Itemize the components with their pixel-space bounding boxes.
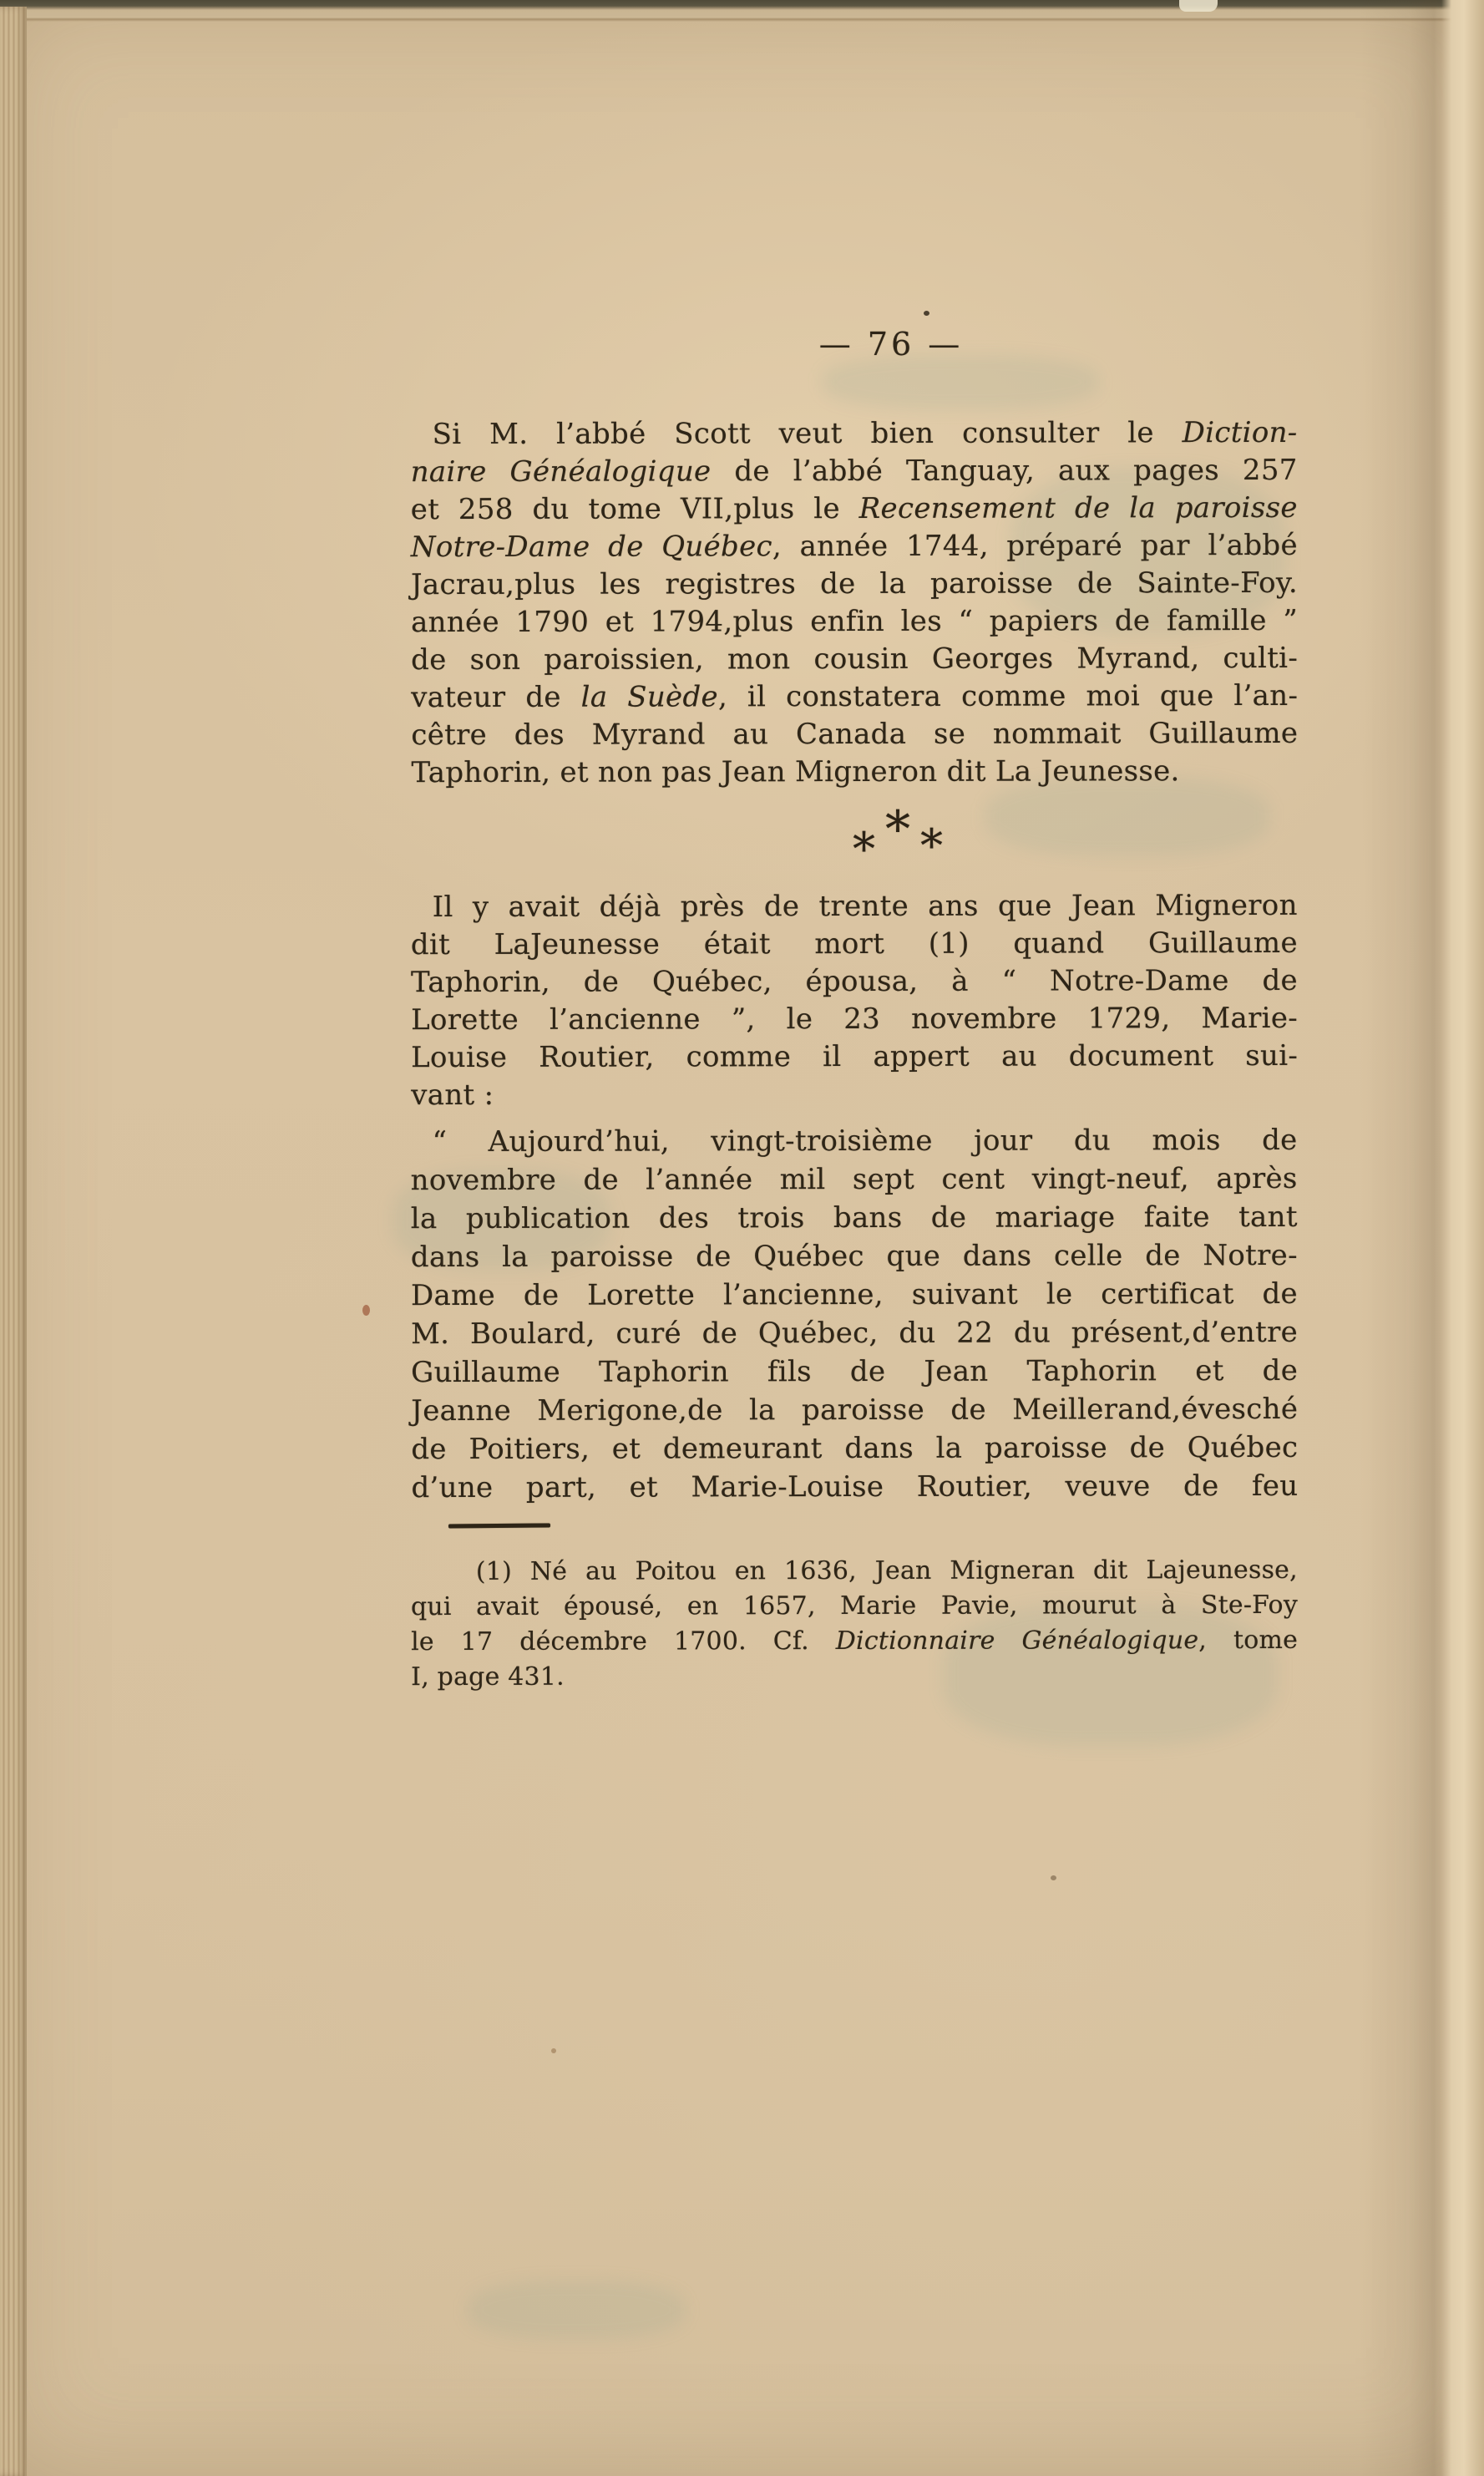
text-line: (1) Né au Poitou en 1636, Jean Migneran … [411,1553,1298,1590]
text-line: Il y avait déjà près de trente ans que J… [411,887,1298,926]
text-line: Notre-Dame de Québec, année 1744, prépar… [411,527,1298,566]
text-line: novembre de l’année mil sept cent vingt-… [411,1159,1298,1200]
footnote-rule [448,1523,550,1528]
text-line: la publication des trois bans de mariage… [411,1198,1298,1238]
verso-show-through [468,2281,685,2339]
ink-speck [924,311,929,316]
text-line: Guillaume Taphorin fils de Jean Taphorin… [411,1352,1298,1392]
paragraph-3: “ Aujourd’hui, vingt-troisième jour du m… [411,1121,1299,1507]
text-line: Jeanne Merigone,de la paroisse de Meille… [411,1390,1298,1430]
text-line: cêtre des Myrand au Canada se nommait Gu… [411,715,1298,754]
page-stack-left-edge [0,7,27,2476]
paper-stain [1051,1875,1056,1880]
text-line: Jacrau,plus les registres de la paroisse… [411,565,1298,604]
text-line: M. Boulard, curé de Québec, du 22 du pré… [411,1313,1298,1353]
book-top-edge [0,0,1484,22]
text-line: dans la paroisse de Québec que dans cell… [411,1236,1298,1276]
text-line: Taphorin, et non pas Jean Migneron dit L… [411,753,1298,792]
paper-stain [362,1305,370,1316]
text-line: de Poitiers, et demeurant dans la parois… [411,1428,1298,1469]
text-line: Lorette l’ancienne ”, le 23 novembre 172… [411,1000,1298,1039]
text-line: Taphorin, de Québec, épousa, à “ Notre-D… [411,962,1298,1002]
text-line: Dame de Lorette l’ancienne, suivant le c… [411,1275,1298,1315]
text-line: qui avait épousé, en 1657, Marie Pavie, … [411,1588,1298,1625]
text-line: année 1790 et 1794,plus enfin les “ papi… [411,602,1298,642]
text-line: naire Généalogique de l’abbé Tanguay, au… [411,452,1298,491]
book-page-scan: — 76 — Si M. l’abbé Scott veut bien cons… [0,0,1484,2476]
text-line: I, page 431. [411,1658,1298,1695]
page-right-gutter-shadow [1359,0,1484,2476]
asterism-separator-icon: *** [835,804,960,879]
asterisk-icon: * [885,800,910,859]
text-line: de son paroissien, mon cousin Georges My… [411,640,1298,679]
paper-tear [1179,0,1218,12]
text-line: et 258 du tome VII,plus le Recensement d… [411,490,1298,529]
text-line: vant : [411,1075,1298,1114]
text-line: Louise Routier, comme il appert au docum… [411,1038,1298,1077]
page-number: — 76 — [800,326,982,363]
paragraph-1: Si M. l’abbé Scott veut bien consulter l… [411,414,1299,792]
verso-show-through [823,355,1098,409]
text-line: “ Aujourd’hui, vingt-troisième jour du m… [411,1121,1298,1161]
paper-stain [551,2048,556,2053]
asterisk-icon: * [920,819,943,872]
asterisk-icon: * [853,823,875,875]
text-line: dit LaJeunesse était mort (1) quand Guil… [411,925,1298,964]
text-line: vateur de la Suède, il constatera comme … [411,677,1298,717]
paragraph-2: Il y avait déjà près de trente ans que J… [411,887,1299,1114]
text-line: Si M. l’abbé Scott veut bien consulter l… [411,414,1298,454]
text-line: d’une part, et Marie-Louise Routier, veu… [411,1467,1298,1507]
text-line: le 17 décembre 1700. Cf. Dictionnaire Gé… [411,1623,1298,1660]
footnote: (1) Né au Poitou en 1636, Jean Migneran … [411,1553,1298,1695]
